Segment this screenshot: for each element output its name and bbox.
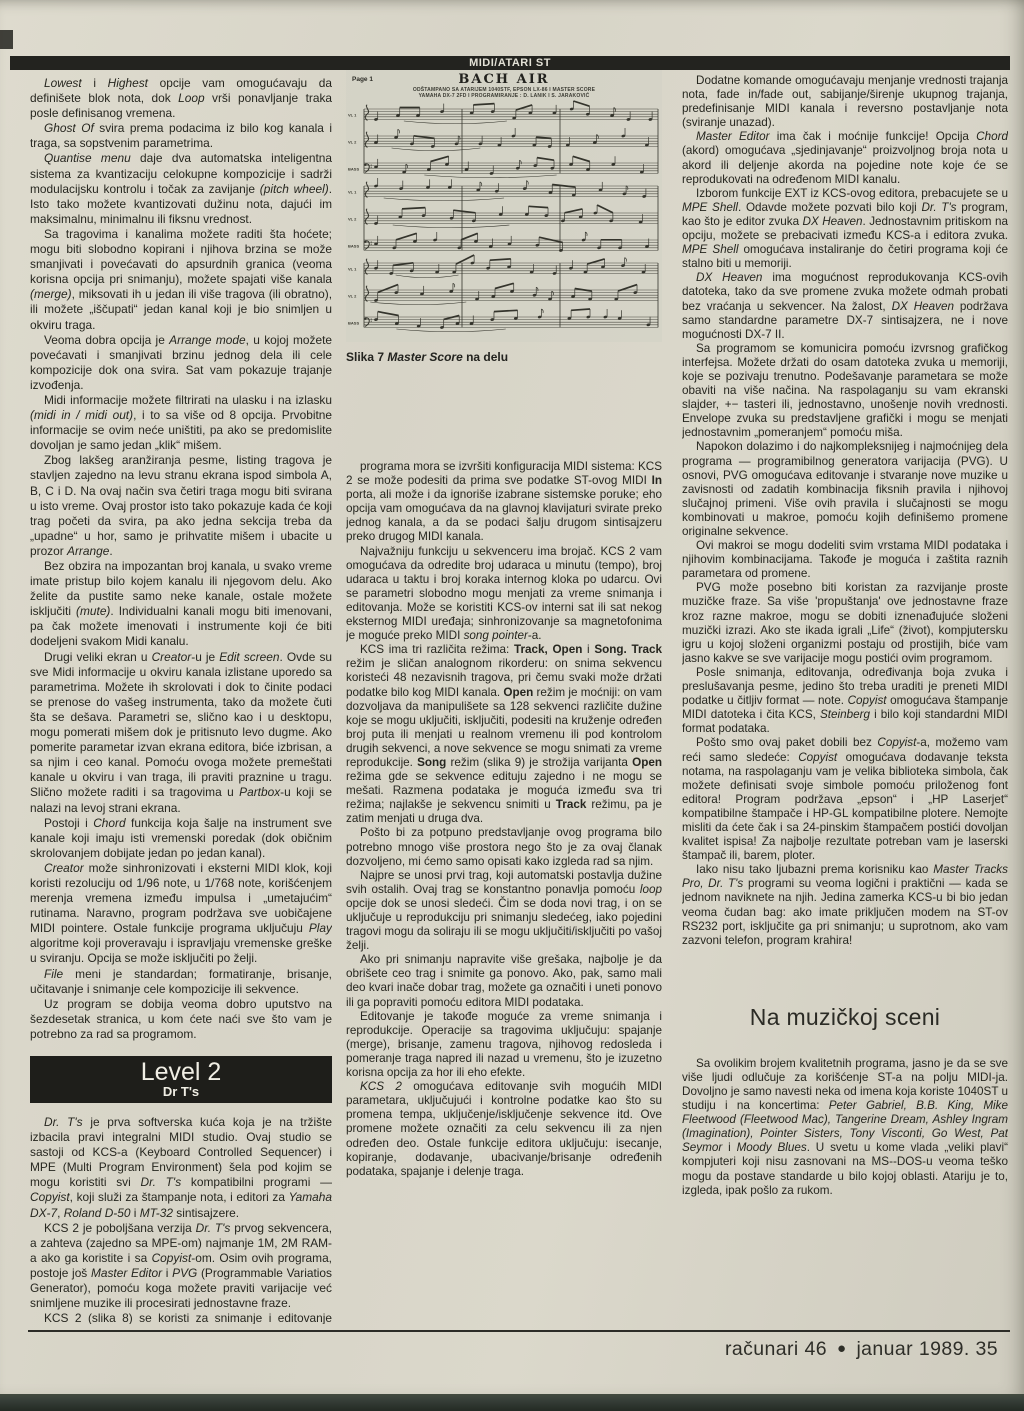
sheet-music-image: VL 1VL 2BASSVL 1VL 2BASSVL 1VL 2BASS bbox=[346, 99, 662, 337]
left-paragraphs-top: Lowest i Highest opcije vam omogućavaju … bbox=[30, 76, 332, 1042]
section-header-level2: Level 2 Dr T's bbox=[30, 1056, 332, 1103]
paragraph: Uz program se dobija veoma dobro uputstv… bbox=[30, 997, 332, 1042]
paragraph: Posle snimanja, editovanja, određivanja … bbox=[682, 666, 1008, 736]
paragraph: Napokon dolazimo i do najkompleksnijeg i… bbox=[682, 440, 1008, 539]
left-column: Lowest i Highest opcije vam omogućavaju … bbox=[30, 76, 332, 1324]
paragraph: Iako nisu tako ljubazni prema korisniku … bbox=[682, 863, 1008, 948]
middle-paragraphs: programa mora se izvršiti konfiguracija … bbox=[346, 460, 662, 1179]
right-column: Dodatne komande omogućavaju menjanje vre… bbox=[682, 74, 1008, 1324]
paragraph: Sa programom se komunicira pomoću izvrsn… bbox=[682, 342, 1008, 441]
svg-text:BASS: BASS bbox=[348, 321, 359, 326]
score-title: BACH AIR bbox=[346, 72, 662, 87]
paragraph: Drugi veliki ekran u Creator-u je Edit s… bbox=[30, 650, 332, 816]
paragraph: Dodatne komande omogućavaju menjanje vre… bbox=[682, 74, 1008, 130]
footer-date: januar 1989. bbox=[856, 1338, 969, 1360]
footer-bullet-icon: ● bbox=[837, 1340, 846, 1357]
paragraph: programa mora se izvršiti konfiguracija … bbox=[346, 460, 662, 545]
paragraph: Dr. T's je prva softverska kuća koja je … bbox=[30, 1115, 332, 1221]
paragraph: KCS 2 omogućava editovanje svih mogućih … bbox=[346, 1080, 662, 1179]
paragraph: Editovanje je takođe moguće za vreme sni… bbox=[346, 1010, 662, 1080]
svg-text:VL 2: VL 2 bbox=[348, 294, 357, 299]
sheet-music-header: Page 1 BACH AIR bbox=[346, 72, 662, 87]
paragraph: Ako pri snimanju napravite više grešaka,… bbox=[346, 953, 662, 1009]
magazine-page: MIDI/ATARI ST Lowest i Highest opcije va… bbox=[0, 0, 1024, 1394]
right-paragraphs-top: Dodatne komande omogućavaju menjanje vre… bbox=[682, 74, 1008, 948]
paragraph: Creator može sinhronizovati i eksterni M… bbox=[30, 861, 332, 967]
page-header-title: MIDI/ATARI ST bbox=[469, 58, 551, 69]
left-paragraphs-bottom: Dr. T's je prva softverska kuća koja je … bbox=[30, 1115, 332, 1324]
paragraph: Najvažniju funkciju u sekvenceru ima bro… bbox=[346, 545, 662, 644]
svg-text:VL 2: VL 2 bbox=[348, 217, 357, 222]
scan-artifact-top-left bbox=[0, 30, 13, 49]
svg-text:VL 2: VL 2 bbox=[348, 140, 357, 145]
paragraph: Izborom funkcije EXT iz KCS-ovog editora… bbox=[682, 187, 1008, 272]
middle-column: Page 1 BACH AIR ODŠTAMPANO SA ATARIJEM 1… bbox=[346, 70, 662, 1326]
footer-page-number: 35 bbox=[976, 1338, 999, 1360]
svg-text:VL 1: VL 1 bbox=[348, 190, 357, 195]
paragraph: Quantise menu daje dva automatska inteli… bbox=[30, 151, 332, 226]
paragraph: KCS 2 je poboljšana verzija Dr. T's prvo… bbox=[30, 1221, 332, 1312]
svg-text:VL 1: VL 1 bbox=[348, 113, 357, 118]
paragraph: Pošto bi za potpuno predstavljanje ovog … bbox=[346, 826, 662, 868]
figure-caption: Slika 7 Master Score na delu bbox=[346, 350, 662, 364]
paragraph: File meni je standardan; formatiranje, b… bbox=[30, 967, 332, 997]
paragraph: Sa tragovima i kanalima možete raditi št… bbox=[30, 227, 332, 333]
paragraph: Postoji i Chord funkcija koja šalje na i… bbox=[30, 816, 332, 861]
footer-issue: računari 46 bbox=[725, 1338, 827, 1360]
paragraph: Master Editor ima čak i moćnije funkcije… bbox=[682, 130, 1008, 186]
paragraph: Ghost Of svira prema podacima iz bilo ko… bbox=[30, 121, 332, 151]
score-page-label: Page 1 bbox=[352, 76, 373, 83]
svg-text:BASS: BASS bbox=[348, 244, 359, 249]
paragraph: Midi informacije možete filtrirati na ul… bbox=[30, 393, 332, 453]
svg-text:BASS: BASS bbox=[348, 167, 359, 172]
section-subtitle: Dr T's bbox=[30, 1085, 332, 1098]
paragraph: PVG može posebno biti koristan za razvij… bbox=[682, 581, 1008, 666]
svg-text:VL 1: VL 1 bbox=[348, 267, 357, 272]
section-title: Level 2 bbox=[30, 1059, 332, 1085]
score-credits: ODŠTAMPANO SA ATARIJEM 1040STF, EPSON LX… bbox=[346, 87, 662, 99]
paragraph: KCS ima tri različita režima: Track, Ope… bbox=[346, 643, 662, 826]
paragraph: Zbog lakšeg aranžiranja pesme, listing t… bbox=[30, 453, 332, 559]
paragraph: Bez obzira na impozantan broj kanala, u … bbox=[30, 559, 332, 650]
paragraph: Sa ovolikim brojem kvalitetnih programa,… bbox=[682, 1057, 1008, 1198]
paragraph: Lowest i Highest opcije vam omogućavaju … bbox=[30, 76, 332, 121]
paragraph: Ovi makroi se mogu dodeliti svim vrstama… bbox=[682, 539, 1008, 581]
page-header-bar: MIDI/ATARI ST bbox=[10, 56, 1010, 70]
right-paragraphs-bottom: Sa ovolikim brojem kvalitetnih programa,… bbox=[682, 1057, 1008, 1198]
scan-artifact-bottom-edge bbox=[0, 1394, 1024, 1411]
paragraph: DX Heaven ima mogućnost reprodukovanja K… bbox=[682, 271, 1008, 341]
subheading-music-scene: Na muzičkoj sceni bbox=[682, 1004, 1008, 1031]
paragraph: Pošto smo ovaj paket dobili bez Copyist-… bbox=[682, 736, 1008, 863]
footer-rule bbox=[28, 1330, 1010, 1332]
paragraph: Veoma dobra opcija je Arrange mode, u ko… bbox=[30, 333, 332, 393]
sheet-music-figure: Page 1 BACH AIR ODŠTAMPANO SA ATARIJEM 1… bbox=[346, 70, 662, 342]
paragraph: KCS 2 (slika 8) se koristi za snimanje i… bbox=[30, 1311, 332, 1324]
paragraph: Najpre se unosi prvi trag, koji automats… bbox=[346, 869, 662, 954]
page-footer: računari 46●januar 1989. 35 bbox=[725, 1338, 998, 1361]
